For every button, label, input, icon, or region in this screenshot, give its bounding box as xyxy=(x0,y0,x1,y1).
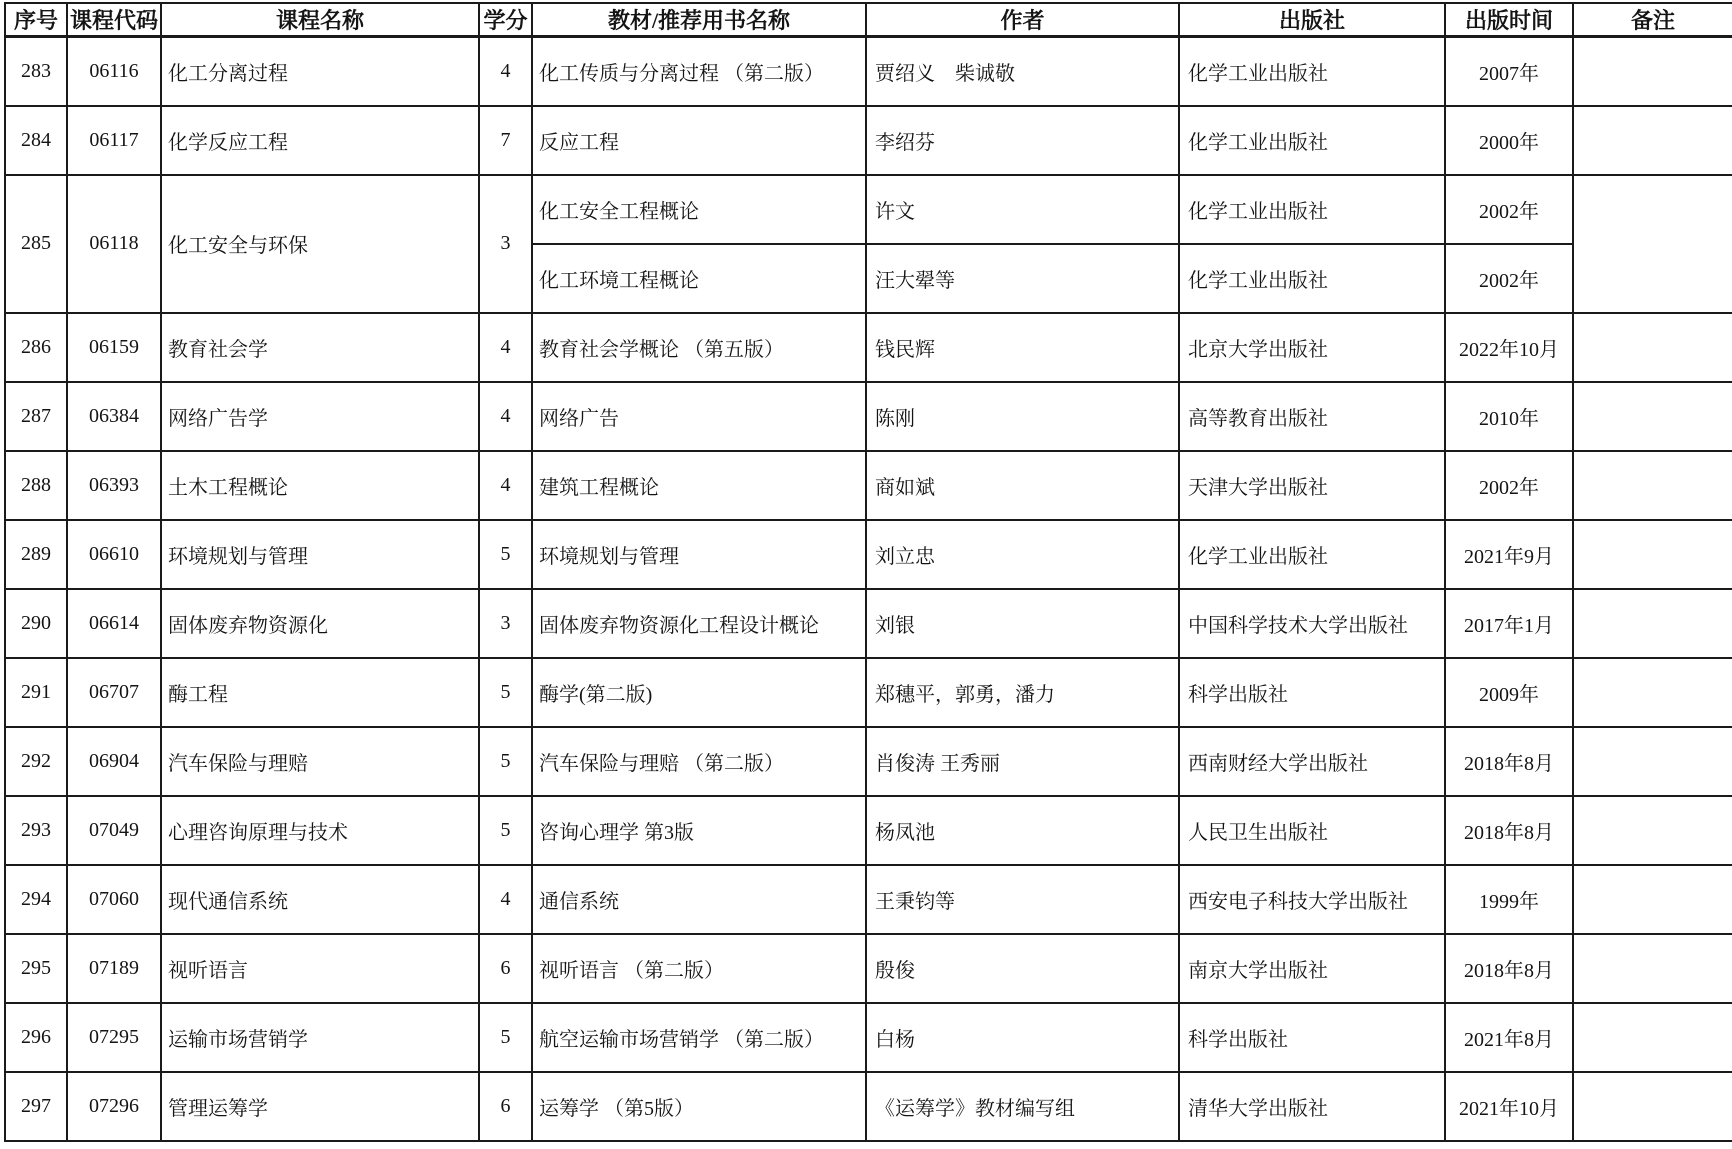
header-cell-course-code: 课程代码 xyxy=(67,3,161,37)
header-cell-author: 作者 xyxy=(866,3,1179,37)
document-page: 序号 课程代码 课程名称 学分 教材/推荐用书名称 作者 出版社 出版时间 备注… xyxy=(0,0,1732,1149)
cell-remark xyxy=(1573,1072,1732,1141)
cell-remark xyxy=(1573,796,1732,865)
cell-publisher: 西南财经大学出版社 xyxy=(1179,727,1445,796)
header-cell-publisher: 出版社 xyxy=(1179,3,1445,37)
cell-publisher: 化学工业出版社 xyxy=(1179,244,1445,313)
cell-publish-date: 2002年 xyxy=(1445,244,1573,313)
cell-remark xyxy=(1573,865,1732,934)
header-cell-credits: 学分 xyxy=(479,3,532,37)
cell-course-name: 固体废弃物资源化 xyxy=(161,589,479,658)
cell-publisher: 化学工业出版社 xyxy=(1179,37,1445,106)
cell-author: 贾绍义 柴诚敬 xyxy=(866,37,1179,106)
cell-author: 杨凤池 xyxy=(866,796,1179,865)
cell-course-name: 土木工程概论 xyxy=(161,451,479,520)
cell-author: 商如斌 xyxy=(866,451,1179,520)
cell-publish-date: 2021年9月 xyxy=(1445,520,1573,589)
cell-remark xyxy=(1573,727,1732,796)
cell-book-title: 网络广告 xyxy=(532,382,866,451)
cell-author: 陈刚 xyxy=(866,382,1179,451)
cell-book-title: 化工环境工程概论 xyxy=(532,244,866,313)
cell-course-code: 06610 xyxy=(67,520,161,589)
cell-course-code: 07189 xyxy=(67,934,161,1003)
cell-course-code: 07295 xyxy=(67,1003,161,1072)
cell-remark xyxy=(1573,658,1732,727)
table-row: 293 07049 心理咨询原理与技术 5 咨询心理学 第3版 杨凤池 人民卫生… xyxy=(5,796,1732,865)
header-cell-book-title: 教材/推荐用书名称 xyxy=(532,3,866,37)
cell-author: 许文 xyxy=(866,175,1179,244)
table-row: 289 06610 环境规划与管理 5 环境规划与管理 刘立忠 化学工业出版社 … xyxy=(5,520,1732,589)
cell-credits: 4 xyxy=(479,451,532,520)
cell-publish-date: 2018年8月 xyxy=(1445,796,1573,865)
cell-credits: 5 xyxy=(479,520,532,589)
cell-credits: 5 xyxy=(479,1003,532,1072)
cell-author: 王秉钧等 xyxy=(866,865,1179,934)
cell-book-title: 反应工程 xyxy=(532,106,866,175)
cell-book-title: 化工传质与分离过程 （第二版） xyxy=(532,37,866,106)
cell-course-code: 06159 xyxy=(67,313,161,382)
cell-book-title: 视听语言 （第二版） xyxy=(532,934,866,1003)
cell-number: 284 xyxy=(5,106,67,175)
cell-remark xyxy=(1573,175,1732,313)
cell-book-title: 建筑工程概论 xyxy=(532,451,866,520)
header-row: 序号 课程代码 课程名称 学分 教材/推荐用书名称 作者 出版社 出版时间 备注 xyxy=(5,3,1732,37)
cell-publisher: 高等教育出版社 xyxy=(1179,382,1445,451)
cell-remark xyxy=(1573,451,1732,520)
cell-number: 289 xyxy=(5,520,67,589)
table-row: 297 07296 管理运筹学 6 运筹学 （第5版） 《运筹学》教材编写组 清… xyxy=(5,1072,1732,1141)
table-row: 288 06393 土木工程概论 4 建筑工程概论 商如斌 天津大学出版社 20… xyxy=(5,451,1732,520)
cell-author: 汪大翚等 xyxy=(866,244,1179,313)
table-row: 294 07060 现代通信系统 4 通信系统 王秉钧等 西安电子科技大学出版社… xyxy=(5,865,1732,934)
cell-author: 白杨 xyxy=(866,1003,1179,1072)
table-row: 296 07295 运输市场营销学 5 航空运输市场营销学 （第二版） 白杨 科… xyxy=(5,1003,1732,1072)
cell-course-name: 环境规划与管理 xyxy=(161,520,479,589)
table-row: 283 06116 化工分离过程 4 化工传质与分离过程 （第二版） 贾绍义 柴… xyxy=(5,37,1732,106)
cell-publish-date: 2021年10月 xyxy=(1445,1072,1573,1141)
cell-course-name: 运输市场营销学 xyxy=(161,1003,479,1072)
cell-publisher: 南京大学出版社 xyxy=(1179,934,1445,1003)
cell-publish-date: 2022年10月 xyxy=(1445,313,1573,382)
header-cell-publish-date: 出版时间 xyxy=(1445,3,1573,37)
cell-remark xyxy=(1573,106,1732,175)
cell-book-title: 汽车保险与理赔 （第二版） xyxy=(532,727,866,796)
cell-remark xyxy=(1573,589,1732,658)
cell-book-title: 酶学(第二版) xyxy=(532,658,866,727)
cell-course-code: 07049 xyxy=(67,796,161,865)
cell-publish-date: 2002年 xyxy=(1445,451,1573,520)
table-row: 285 06118 化工安全与环保 3 化工安全工程概论 许文 化学工业出版社 … xyxy=(5,175,1732,244)
cell-credits: 4 xyxy=(479,865,532,934)
cell-publisher: 科学出版社 xyxy=(1179,658,1445,727)
table-row: 286 06159 教育社会学 4 教育社会学概论 （第五版） 钱民辉 北京大学… xyxy=(5,313,1732,382)
cell-number: 296 xyxy=(5,1003,67,1072)
cell-number: 283 xyxy=(5,37,67,106)
cell-book-title: 运筹学 （第5版） xyxy=(532,1072,866,1141)
cell-number: 291 xyxy=(5,658,67,727)
table-row: 290 06614 固体废弃物资源化 3 固体废弃物资源化工程设计概论 刘银 中… xyxy=(5,589,1732,658)
cell-book-title: 通信系统 xyxy=(532,865,866,934)
cell-course-name: 管理运筹学 xyxy=(161,1072,479,1141)
cell-publisher: 西安电子科技大学出版社 xyxy=(1179,865,1445,934)
cell-publish-date: 1999年 xyxy=(1445,865,1573,934)
cell-number: 293 xyxy=(5,796,67,865)
cell-course-name: 汽车保险与理赔 xyxy=(161,727,479,796)
table-row: 284 06117 化学反应工程 7 反应工程 李绍芬 化学工业出版社 2000… xyxy=(5,106,1732,175)
cell-publish-date: 2002年 xyxy=(1445,175,1573,244)
cell-remark xyxy=(1573,934,1732,1003)
cell-course-code: 06614 xyxy=(67,589,161,658)
cell-course-code: 06118 xyxy=(67,175,161,313)
cell-number: 285 xyxy=(5,175,67,313)
cell-publisher: 北京大学出版社 xyxy=(1179,313,1445,382)
cell-credits: 5 xyxy=(479,796,532,865)
cell-author: 郑穗平，郭勇，潘力 xyxy=(866,658,1179,727)
cell-remark xyxy=(1573,37,1732,106)
table-row: 291 06707 酶工程 5 酶学(第二版) 郑穗平，郭勇，潘力 科学出版社 … xyxy=(5,658,1732,727)
cell-publish-date: 2007年 xyxy=(1445,37,1573,106)
cell-course-code: 07060 xyxy=(67,865,161,934)
cell-author: 李绍芬 xyxy=(866,106,1179,175)
cell-publish-date: 2018年8月 xyxy=(1445,934,1573,1003)
header-cell-remark: 备注 xyxy=(1573,3,1732,37)
table-row: 292 06904 汽车保险与理赔 5 汽车保险与理赔 （第二版） 肖俊涛 王秀… xyxy=(5,727,1732,796)
cell-course-code: 06393 xyxy=(67,451,161,520)
cell-credits: 3 xyxy=(479,589,532,658)
cell-remark xyxy=(1573,382,1732,451)
cell-author: 肖俊涛 王秀丽 xyxy=(866,727,1179,796)
cell-author: 殷俊 xyxy=(866,934,1179,1003)
cell-course-code: 06707 xyxy=(67,658,161,727)
cell-number: 297 xyxy=(5,1072,67,1141)
cell-course-code: 06117 xyxy=(67,106,161,175)
cell-credits: 4 xyxy=(479,313,532,382)
cell-credits: 5 xyxy=(479,727,532,796)
cell-number: 290 xyxy=(5,589,67,658)
cell-publish-date: 2009年 xyxy=(1445,658,1573,727)
cell-publish-date: 2018年8月 xyxy=(1445,727,1573,796)
cell-course-name: 网络广告学 xyxy=(161,382,479,451)
cell-credits: 6 xyxy=(479,934,532,1003)
cell-course-name: 现代通信系统 xyxy=(161,865,479,934)
cell-course-name: 酶工程 xyxy=(161,658,479,727)
table-row: 295 07189 视听语言 6 视听语言 （第二版） 殷俊 南京大学出版社 2… xyxy=(5,934,1732,1003)
cell-author: 刘银 xyxy=(866,589,1179,658)
header-cell-number: 序号 xyxy=(5,3,67,37)
cell-publish-date: 2000年 xyxy=(1445,106,1573,175)
cell-author: 《运筹学》教材编写组 xyxy=(866,1072,1179,1141)
cell-book-title: 环境规划与管理 xyxy=(532,520,866,589)
cell-course-name: 视听语言 xyxy=(161,934,479,1003)
cell-remark xyxy=(1573,520,1732,589)
cell-course-name: 化学反应工程 xyxy=(161,106,479,175)
cell-course-code: 07296 xyxy=(67,1072,161,1141)
cell-number: 292 xyxy=(5,727,67,796)
cell-credits: 4 xyxy=(479,37,532,106)
cell-course-code: 06904 xyxy=(67,727,161,796)
cell-book-title: 航空运输市场营销学 （第二版） xyxy=(532,1003,866,1072)
cell-publisher: 化学工业出版社 xyxy=(1179,520,1445,589)
cell-number: 294 xyxy=(5,865,67,934)
cell-credits: 6 xyxy=(479,1072,532,1141)
cell-course-code: 06116 xyxy=(67,37,161,106)
cell-publisher: 化学工业出版社 xyxy=(1179,175,1445,244)
cell-course-name: 心理咨询原理与技术 xyxy=(161,796,479,865)
cell-remark xyxy=(1573,313,1732,382)
cell-number: 288 xyxy=(5,451,67,520)
cell-course-name: 教育社会学 xyxy=(161,313,479,382)
cell-publisher: 化学工业出版社 xyxy=(1179,106,1445,175)
cell-book-title: 教育社会学概论 （第五版） xyxy=(532,313,866,382)
cell-author: 钱民辉 xyxy=(866,313,1179,382)
cell-publisher: 中国科学技术大学出版社 xyxy=(1179,589,1445,658)
cell-author: 刘立忠 xyxy=(866,520,1179,589)
courses-table: 序号 课程代码 课程名称 学分 教材/推荐用书名称 作者 出版社 出版时间 备注… xyxy=(4,2,1732,1142)
cell-publisher: 科学出版社 xyxy=(1179,1003,1445,1072)
cell-credits: 3 xyxy=(479,175,532,313)
table-row: 287 06384 网络广告学 4 网络广告 陈刚 高等教育出版社 2010年 xyxy=(5,382,1732,451)
cell-publish-date: 2017年1月 xyxy=(1445,589,1573,658)
cell-publisher: 天津大学出版社 xyxy=(1179,451,1445,520)
cell-credits: 5 xyxy=(479,658,532,727)
cell-book-title: 固体废弃物资源化工程设计概论 xyxy=(532,589,866,658)
cell-book-title: 化工安全工程概论 xyxy=(532,175,866,244)
cell-book-title: 咨询心理学 第3版 xyxy=(532,796,866,865)
cell-number: 295 xyxy=(5,934,67,1003)
cell-course-name: 化工分离过程 xyxy=(161,37,479,106)
cell-number: 287 xyxy=(5,382,67,451)
cell-credits: 4 xyxy=(479,382,532,451)
cell-remark xyxy=(1573,1003,1732,1072)
cell-publisher: 人民卫生出版社 xyxy=(1179,796,1445,865)
cell-course-name: 化工安全与环保 xyxy=(161,175,479,313)
cell-credits: 7 xyxy=(479,106,532,175)
cell-course-code: 06384 xyxy=(67,382,161,451)
cell-publish-date: 2010年 xyxy=(1445,382,1573,451)
cell-publisher: 清华大学出版社 xyxy=(1179,1072,1445,1141)
header-cell-course-name: 课程名称 xyxy=(161,3,479,37)
cell-publish-date: 2021年8月 xyxy=(1445,1003,1573,1072)
cell-number: 286 xyxy=(5,313,67,382)
